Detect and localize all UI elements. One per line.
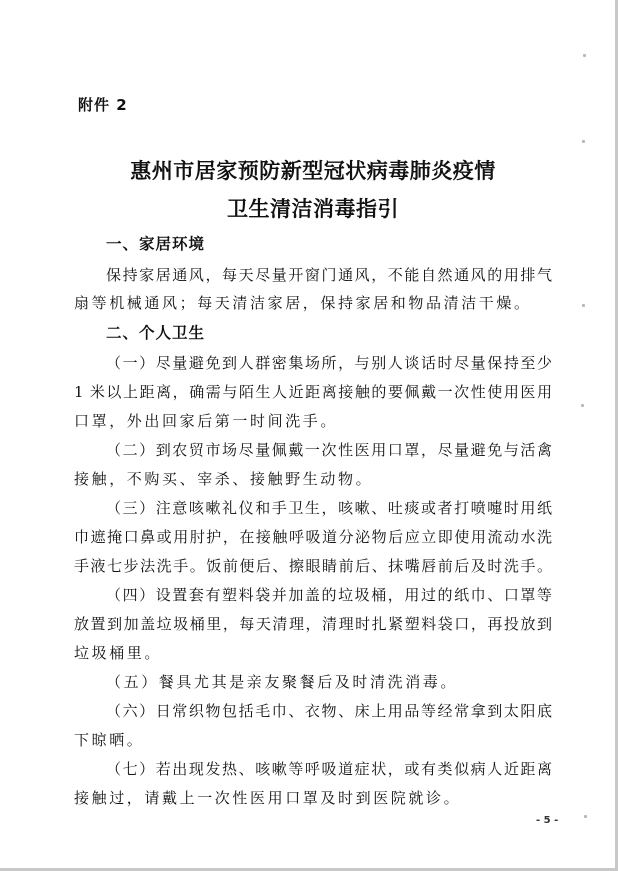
document-title-line-2: 卫生清洁消毒指引: [4, 193, 618, 223]
item-3-line: 手液七步法洗手。饭前便后、擦眼睛前后、抹嘴唇前后及时洗手。: [74, 555, 552, 576]
paragraph-line: 扇等机械通风；每天清洁家居，保持家居和物品清洁干燥。: [74, 292, 552, 313]
section-heading-personal-hygiene: 二、个人卫生: [106, 321, 205, 343]
item-1-line: （一）尽量避免到人群密集场所，与别人谈话时尽量保持至少: [106, 352, 552, 373]
item-3-line: 巾遮掩口鼻或用肘护，在接触呼吸道分泌物后应立即使用流动水洗: [74, 526, 552, 547]
item-1-line: 口罩，外出回家后第一时间洗手。: [74, 410, 552, 431]
page-number: - 5 -: [536, 815, 558, 826]
item-1-line: 1 米以上距离，确需与陌生人近距离接触的要佩戴一次性使用医用: [74, 381, 552, 402]
item-6-line: 下晾晒。: [74, 729, 552, 750]
document-page: 附件 2 惠州市居家预防新型冠状病毒肺炎疫情 卫生清洁消毒指引 一、家居环境 保…: [0, 0, 615, 868]
item-2-line: 接触，不购买、宰杀、接触野生动物。: [74, 468, 552, 489]
item-5-line: （五）餐具尤其是亲友聚餐后及时清洗消毒。: [106, 671, 552, 692]
item-4-line: 放置到加盖垃圾桶里，每天清理，清理时扎紧塑料袋口，再投放到: [74, 613, 552, 634]
paragraph-line: 保持家居通风，每天尽量开窗门通风，不能自然通风的用排气: [106, 264, 552, 285]
item-3-line: （三）注意咳嗽礼仪和手卫生，咳嗽、吐痰或者打喷嚏时用纸: [106, 497, 552, 518]
document-title-line-1: 惠州市居家预防新型冠状病毒肺炎疫情: [4, 155, 618, 185]
scan-artifact: [582, 304, 585, 307]
item-2-line: （二）到农贸市场尽量佩戴一次性医用口罩，尽量避免与活禽: [106, 439, 552, 460]
item-6-line: （六）日常织物包括毛巾、衣物、床上用品等经常拿到太阳底: [106, 700, 552, 721]
item-7-line: （七）若出现发热、咳嗽等呼吸道症状，或有类似病人近距离: [106, 758, 552, 779]
item-4-line: 垃圾桶里。: [74, 642, 552, 663]
scan-artifact: [581, 404, 584, 407]
item-4-line: （四）设置套有塑料袋并加盖的垃圾桶，用过的纸巾、口罩等: [106, 584, 552, 605]
scan-artifact: [584, 815, 587, 818]
scan-artifact: [583, 54, 586, 57]
scan-artifact: [582, 140, 585, 143]
attachment-label: 附件 2: [78, 94, 128, 115]
section-heading-home-environment: 一、家居环境: [106, 232, 205, 254]
item-7-line: 接触过，请戴上一次性医用口罩及时到医院就诊。: [74, 787, 552, 808]
